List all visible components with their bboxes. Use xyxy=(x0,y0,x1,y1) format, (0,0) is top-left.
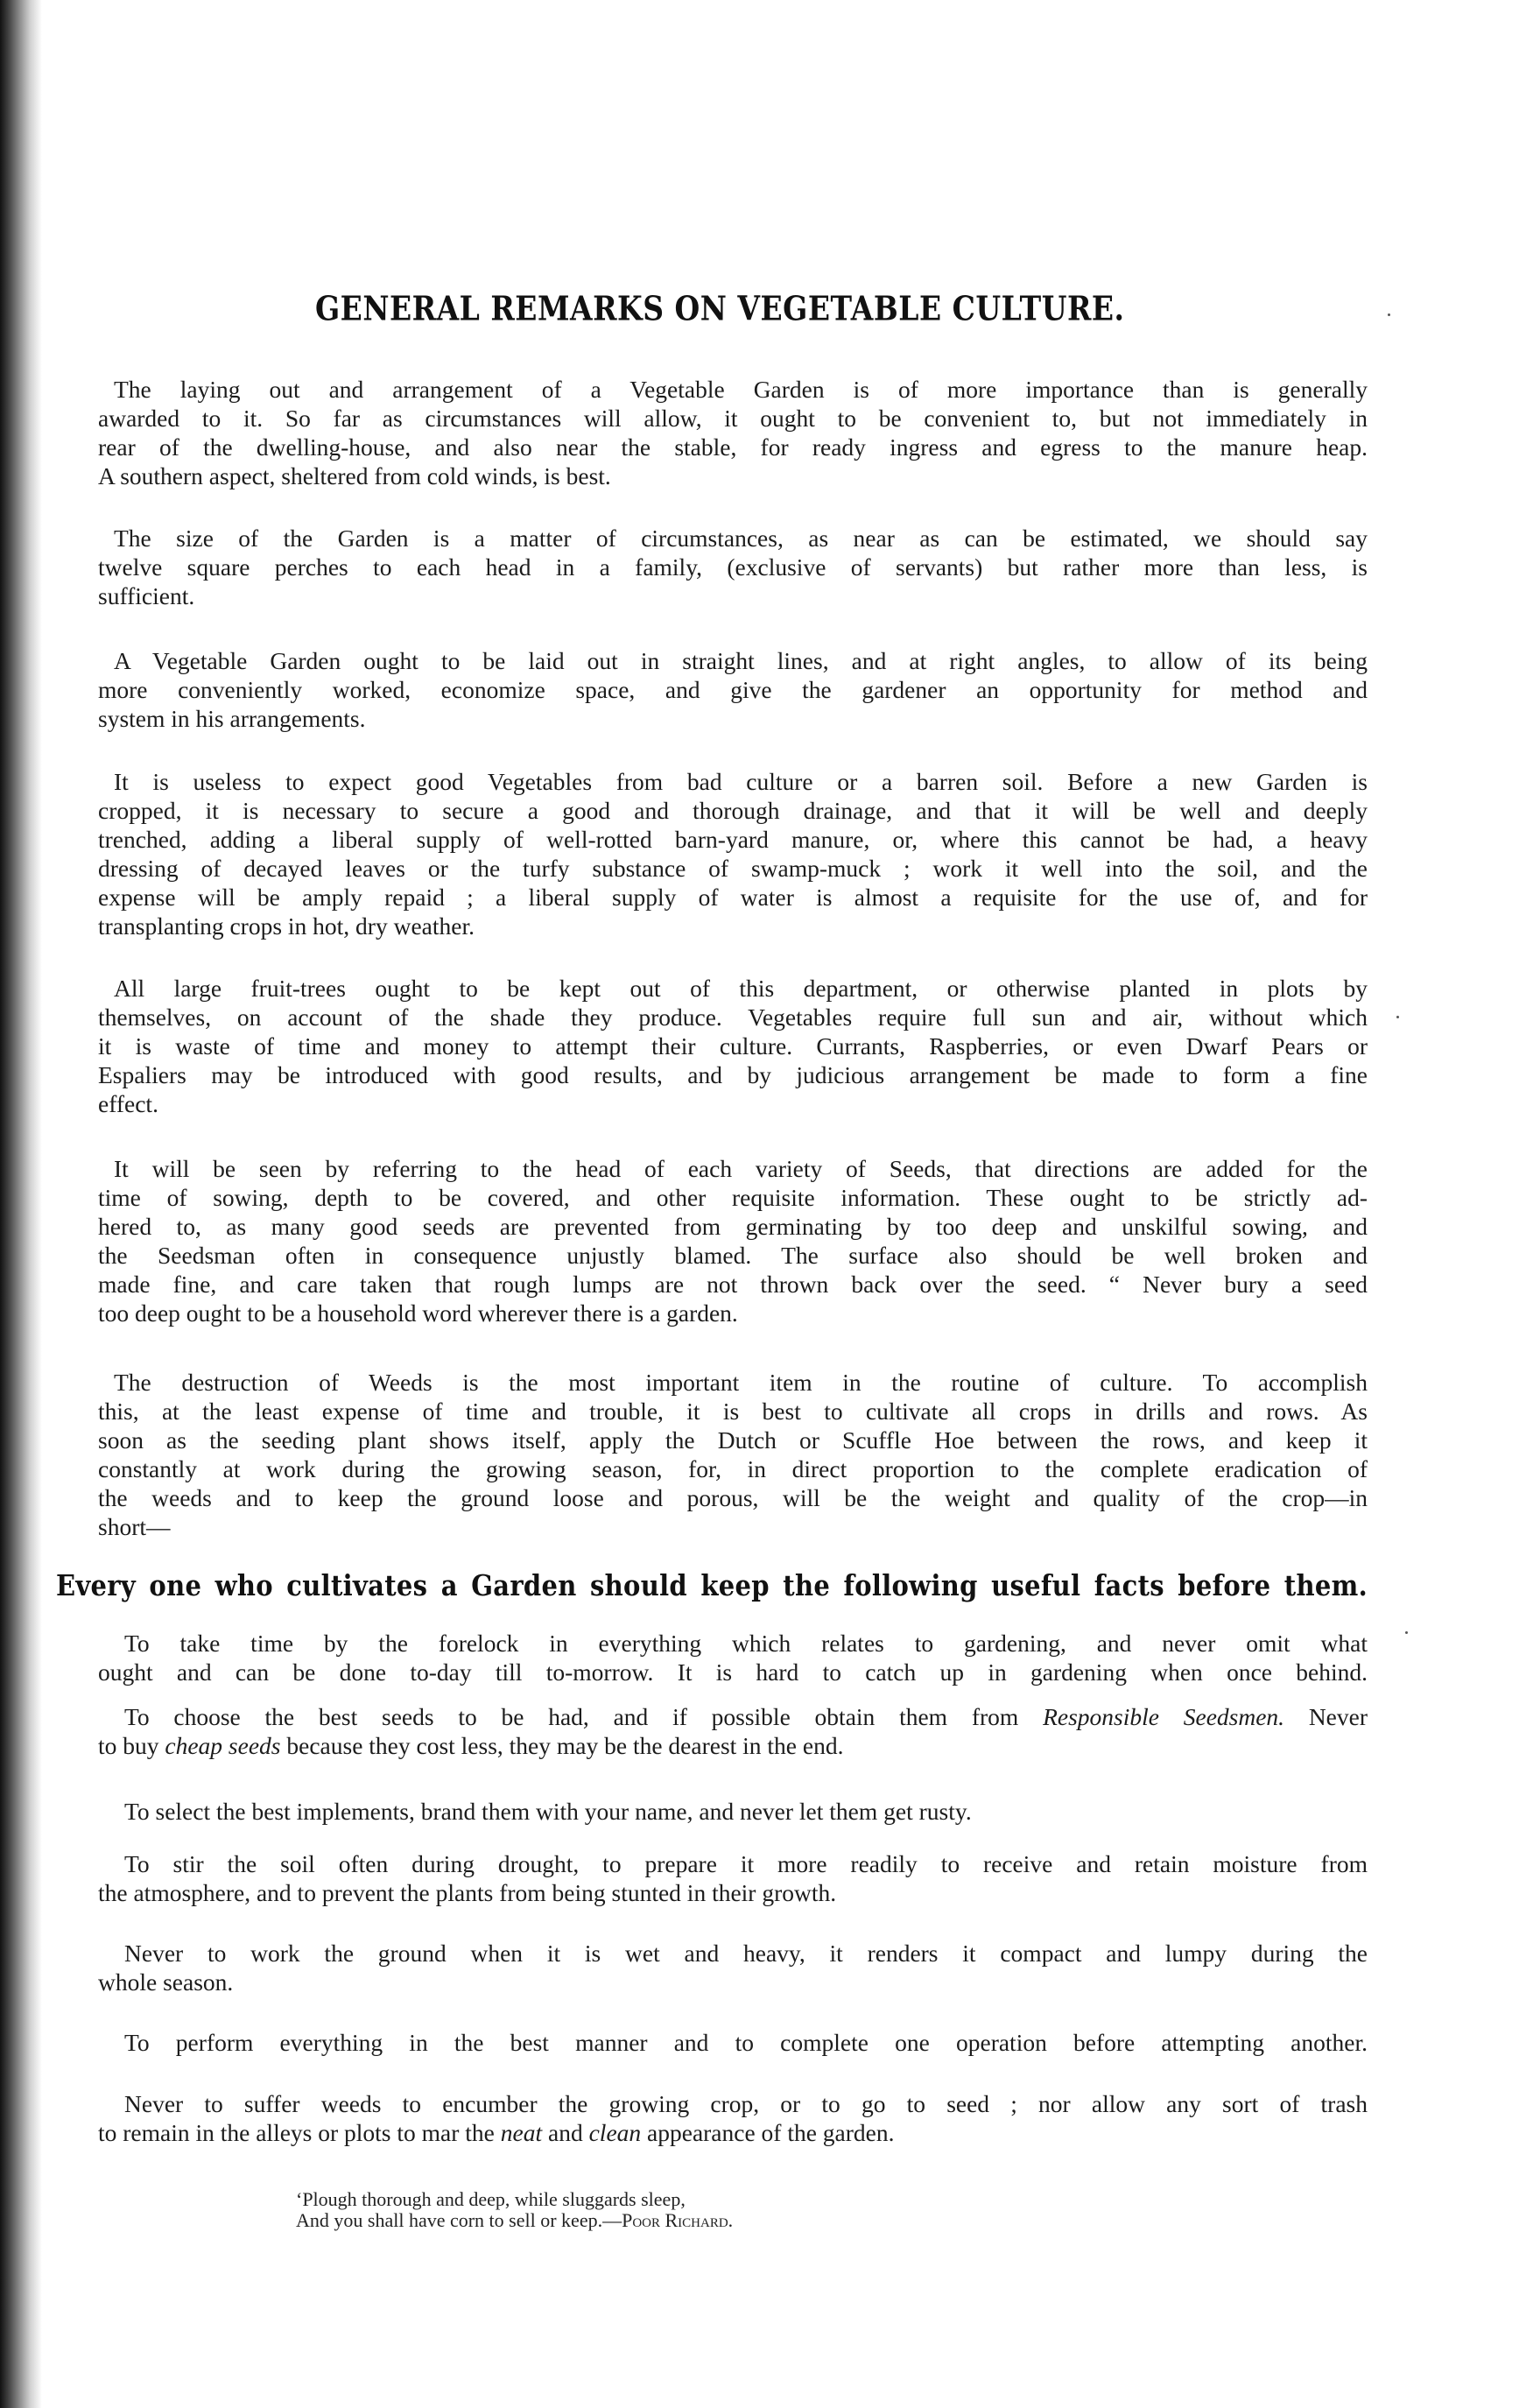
text-line: Espaliers may be introduced with good re… xyxy=(98,1060,1368,1089)
text-line: The laying out and arrangement of a Vege… xyxy=(98,375,1368,404)
text-line: effect. xyxy=(98,1089,1368,1118)
fact-implements: To select the best implements, brand the… xyxy=(98,1797,1368,1826)
text-line: to remain in the alleys or plots to mar … xyxy=(98,2118,1368,2147)
text-line: trenched, adding a liberal supply of wel… xyxy=(98,825,1368,854)
text-line: themselves, on account of the shade they… xyxy=(98,1003,1368,1031)
text-line: the atmosphere, and to prevent the plant… xyxy=(98,1878,1368,1907)
fact-weeds-trash: Never to suffer weeds to encumber the gr… xyxy=(98,2089,1368,2147)
neat-emphasis: neat xyxy=(501,2119,542,2146)
text-line: Never to work the ground when it is wet … xyxy=(98,1939,1368,1968)
quote-line: And you shall have corn to sell or keep.… xyxy=(296,2210,1084,2231)
text-line: sufficient. xyxy=(98,581,1368,610)
quote-attribution: Poor Richard. xyxy=(622,2209,733,2231)
section-subheading: Every one who cultivates a Garden should… xyxy=(56,1569,1368,1602)
paragraph-soil-preparation: It is useless to expect good Vegetables … xyxy=(98,767,1368,940)
text-line: cropped, it is necessary to secure a goo… xyxy=(98,796,1368,825)
cheap-seeds-emphasis: cheap seeds xyxy=(165,1732,280,1759)
text-line: A southern aspect, sheltered from cold w… xyxy=(98,461,1368,490)
text-line: twelve square perches to each head in a … xyxy=(98,553,1368,581)
text-line: To take time by the forelock in everythi… xyxy=(98,1629,1368,1658)
quote-line: ‘Plough thorough and deep, while sluggar… xyxy=(296,2189,1084,2210)
text-line: transplanting crops in hot, dry weather. xyxy=(98,912,1368,940)
text-line: the Seedsman often in consequence unjust… xyxy=(98,1241,1368,1270)
paragraph-fruit-trees: All large fruit-trees ought to be kept o… xyxy=(98,974,1368,1118)
text-line: the weeds and to keep the ground loose a… xyxy=(98,1483,1368,1512)
text-line: made fine, and care taken that rough lum… xyxy=(98,1270,1368,1299)
clean-emphasis: clean xyxy=(589,2119,642,2146)
scan-speck xyxy=(1405,1631,1408,1634)
text-line: dressing of decayed leaves or the turfy … xyxy=(98,854,1368,883)
text-line: The size of the Garden is a matter of ci… xyxy=(98,524,1368,553)
text-line: To stir the soil often during drought, t… xyxy=(98,1849,1368,1878)
text-line: more conveniently worked, economize spac… xyxy=(98,675,1368,704)
text-line: A Vegetable Garden ought to be laid out … xyxy=(98,646,1368,675)
text-line: constantly at work during the growing se… xyxy=(98,1454,1368,1483)
scan-speck xyxy=(1396,1016,1399,1018)
text-line: it is waste of time and money to attempt… xyxy=(98,1031,1368,1060)
fact-choose-seeds: To choose the best seeds to be had, and … xyxy=(98,1702,1368,1760)
text-line: hered to, as many good seeds are prevent… xyxy=(98,1212,1368,1241)
fact-forelock: To take time by the forelock in everythi… xyxy=(98,1629,1368,1686)
closing-quote: ‘Plough thorough and deep, while sluggar… xyxy=(296,2189,1084,2231)
text-line: To choose the best seeds to be had, and … xyxy=(98,1702,1368,1731)
text-line: soon as the seeding plant shows itself, … xyxy=(98,1426,1368,1454)
text-line: to buy cheap seeds because they cost les… xyxy=(98,1731,1368,1760)
fact-stir-soil: To stir the soil often during drought, t… xyxy=(98,1849,1368,1907)
paragraph-weeds: The destruction of Weeds is the most imp… xyxy=(98,1368,1368,1541)
text-line: short— xyxy=(98,1512,1368,1541)
paragraph-straight-lines: A Vegetable Garden ought to be laid out … xyxy=(98,646,1368,733)
paragraph-garden-size: The size of the Garden is a matter of ci… xyxy=(98,524,1368,610)
page-title: GENERAL REMARKS ON VEGETABLE CULTURE. xyxy=(315,289,1191,328)
text-line: rear of the dwelling-house, and also nea… xyxy=(98,433,1368,461)
fact-best-manner: To perform everything in the best manner… xyxy=(98,2028,1368,2057)
text-line: too deep ought to be a household word wh… xyxy=(98,1299,1368,1327)
text-line: time of sowing, depth to be covered, and… xyxy=(98,1183,1368,1212)
paragraph-garden-layout: The laying out and arrangement of a Vege… xyxy=(98,375,1368,490)
text-line: Never to suffer weeds to encumber the gr… xyxy=(98,2089,1368,2118)
binding-shadow xyxy=(0,0,42,2408)
paragraph-sowing-directions: It will be seen by referring to the head… xyxy=(98,1154,1368,1327)
text-line: ought and can be done to-day till to-mor… xyxy=(98,1658,1368,1686)
text-line: whole season. xyxy=(98,1968,1368,1996)
text-line: system in his arrangements. xyxy=(98,704,1368,733)
text-line: this, at the least expense of time and t… xyxy=(98,1397,1368,1426)
text-line: All large fruit-trees ought to be kept o… xyxy=(98,974,1368,1003)
scan-speck xyxy=(1388,313,1390,316)
fact-wet-ground: Never to work the ground when it is wet … xyxy=(98,1939,1368,1996)
text-line: awarded to it. So far as circumstances w… xyxy=(98,404,1368,433)
text-line: The destruction of Weeds is the most imp… xyxy=(98,1368,1368,1397)
responsible-seedsmen-emphasis: Responsible Seedsmen. xyxy=(1043,1703,1284,1730)
text-line: It will be seen by referring to the head… xyxy=(98,1154,1368,1183)
text-line: expense will be amply repaid ; a liberal… xyxy=(98,883,1368,912)
text-line: To select the best implements, brand the… xyxy=(98,1797,1368,1826)
text-line: To perform everything in the best manner… xyxy=(98,2028,1368,2057)
text-line: It is useless to expect good Vegetables … xyxy=(98,767,1368,796)
